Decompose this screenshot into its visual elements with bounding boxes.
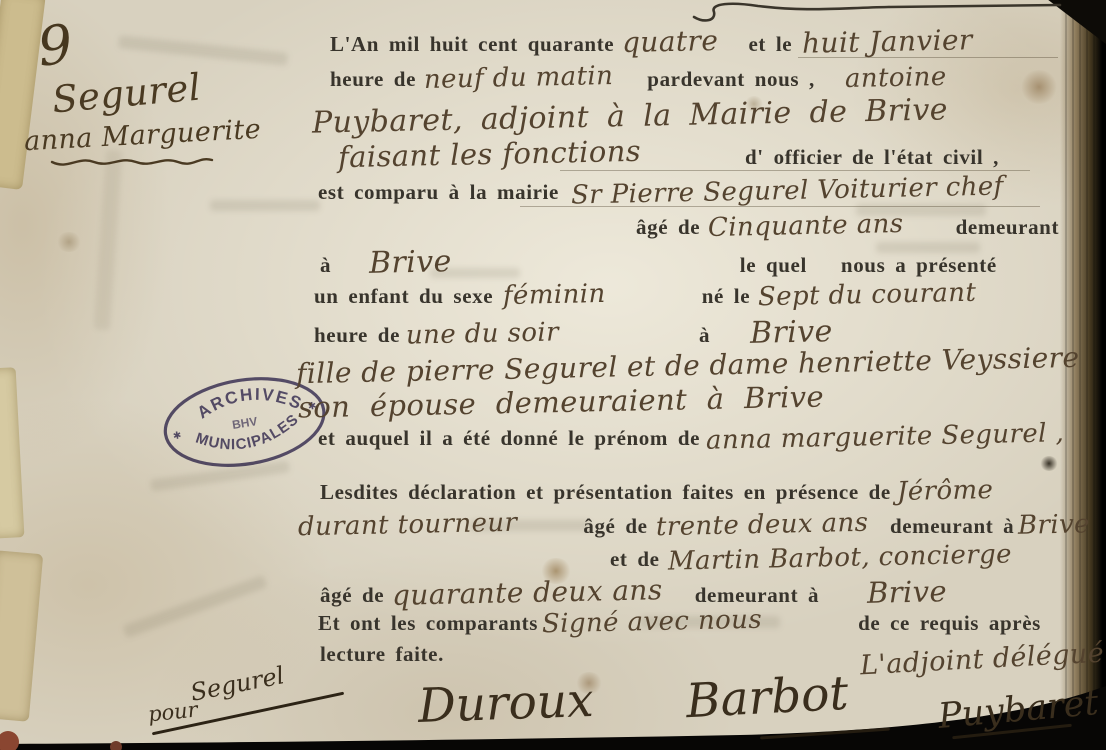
act-line: Et ont les comparants Signé avec nous de… xyxy=(318,608,1041,638)
signature-witness1: Duroux xyxy=(417,673,594,734)
stamp-middle-text: BHV xyxy=(231,414,258,432)
handwritten-entry: Brive xyxy=(867,575,948,610)
act-line: âgé de quarante deux ans demeurant à Bri… xyxy=(320,576,947,609)
act-line: L'An mil huit cent quarante quatre et le… xyxy=(330,26,973,58)
bleed-through xyxy=(94,150,123,331)
printed-text: et de xyxy=(610,547,660,571)
handwritten-entry: une du soir xyxy=(406,318,560,351)
handwritten-entry: féminin xyxy=(503,280,606,312)
handwritten-entry: Brive xyxy=(369,245,452,281)
act-line: heure de une du soir à Brive xyxy=(314,316,833,351)
act-line: âgé de Cinquante ans demeurant xyxy=(636,212,1059,242)
act-line: Puybaret, adjoint à la Mairie de Brive xyxy=(312,100,948,135)
stamp-star-left: ✱ xyxy=(172,430,182,442)
printed-text: demeurant à xyxy=(890,514,1014,538)
handwritten-entry: quarante deux ans xyxy=(392,574,663,612)
register-page-scan: 9 Segurel anna Marguerite ARCHIVES MUNIC… xyxy=(0,0,1106,750)
act-line: et auquel il a été donné le prénom de an… xyxy=(318,423,1064,453)
printed-text: lecture faite. xyxy=(320,642,444,666)
handwritten-entry: Brive xyxy=(1018,510,1091,541)
bleed-through xyxy=(118,35,288,66)
margin-act-number: 9 xyxy=(35,12,76,78)
ink-blot xyxy=(1040,456,1058,471)
act-line: heure de neuf du matin pardevant nous , … xyxy=(330,64,946,94)
printed-text: Et ont les comparants xyxy=(318,611,538,635)
printed-text: L'An mil huit cent quarante xyxy=(330,32,614,56)
bleed-through xyxy=(122,575,267,639)
act-line: faisant les fonctions d' officier de l'é… xyxy=(338,138,999,171)
handwritten-entry: Sr Pierre Segurel Voiturier chef xyxy=(571,172,1004,211)
handwritten-entry: anna marguerite Segurel , xyxy=(706,419,1065,456)
handwritten-entry: Jérôme xyxy=(896,476,993,508)
printed-text: d' officier de l'état civil , xyxy=(745,145,999,169)
printed-text: âgé de xyxy=(636,215,700,239)
act-line: fille de pierre Segurel et de dame henri… xyxy=(296,350,1079,382)
handwritten-entry: Martin Barbot, concierge xyxy=(667,540,1011,577)
signature-pour: pour xyxy=(147,697,199,726)
act-line: à Brive le quel nous a présenté xyxy=(320,246,997,281)
signature-witness2: Barbot xyxy=(685,666,850,729)
act-line: lecture faite. xyxy=(320,642,444,666)
printed-text: est comparu à la mairie xyxy=(318,180,559,204)
printed-text: âgé de xyxy=(583,514,647,538)
handwritten-entry: neuf du matin xyxy=(424,62,614,96)
bleed-through xyxy=(210,200,320,211)
printed-text: à xyxy=(699,323,710,347)
printed-text: et auquel il a été donné le prénom de xyxy=(318,426,700,450)
act-line: durant tourneur âgé de trente deux ans d… xyxy=(298,511,1090,541)
handwritten-entry: Sept du courant xyxy=(758,279,977,313)
stain xyxy=(56,232,82,252)
printed-text: à xyxy=(320,253,331,277)
flourish-squiggle xyxy=(48,150,218,172)
top-flourish-stroke xyxy=(688,0,1078,24)
handwritten-entry: Signé avec nous xyxy=(542,606,763,640)
printed-text: heure de xyxy=(330,67,416,91)
printed-text: le quel xyxy=(740,253,807,277)
tape-strip-mid-left xyxy=(0,367,24,539)
handwritten-entry: trente deux ans xyxy=(655,509,868,543)
handwritten-entry: durant tourneur xyxy=(298,509,518,543)
printed-text: âgé de xyxy=(320,583,384,607)
printed-text: demeurant xyxy=(956,215,1059,239)
printed-text: demeurant à xyxy=(695,583,819,607)
act-line: un enfant du sexe féminin né le Sept du … xyxy=(314,281,976,311)
handwritten-entry: antoine xyxy=(845,63,947,95)
printed-text: heure de xyxy=(314,323,400,347)
act-line: et de Martin Barbot, concierge xyxy=(610,544,1012,574)
act-line: est comparu à la mairie Sr Pierre Segure… xyxy=(318,177,1004,207)
handwritten-entry: faisant les fonctions xyxy=(338,135,642,175)
handwritten-entry: huit Janvier xyxy=(802,24,973,60)
printed-text: pardevant nous , xyxy=(647,67,815,91)
handwritten-entry: Cinquante ans xyxy=(708,210,904,244)
printed-text: né le xyxy=(702,284,750,308)
handwritten-entry: son épouse demeuraient à Brive xyxy=(298,380,825,424)
printed-text: et le xyxy=(749,32,793,56)
printed-text: Lesdites déclaration et présentation fai… xyxy=(320,480,891,504)
printed-text: nous a présenté xyxy=(841,253,997,277)
printed-text: de ce requis après xyxy=(858,611,1041,635)
act-line: Lesdites déclaration et présentation fai… xyxy=(320,477,993,507)
handwritten-entry: L'adjoint délégué xyxy=(859,638,1104,682)
act-line: son épouse demeuraient à Brive xyxy=(298,386,824,419)
act-line-adjoint: L'adjoint délégué xyxy=(860,644,1104,675)
handwritten-entry: quatre xyxy=(622,25,719,59)
printed-text: un enfant du sexe xyxy=(314,284,493,308)
stain xyxy=(1020,70,1058,104)
